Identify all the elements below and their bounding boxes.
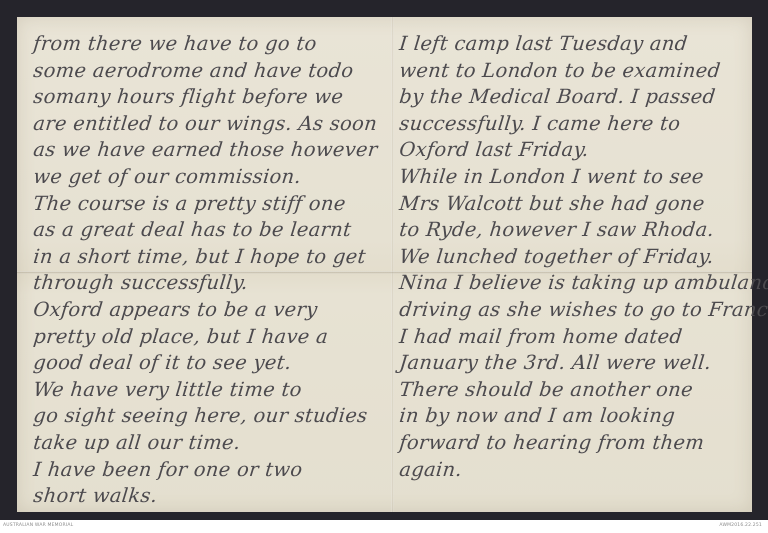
text-line: There should be another one bbox=[398, 377, 746, 404]
left-page-text: from there we have to go to some aerodro… bbox=[32, 31, 382, 510]
text-line: January the 3rd. All were well. bbox=[398, 350, 746, 377]
text-line: I had mail from home dated bbox=[398, 324, 746, 351]
text-line: are entitled to our wings. As soon bbox=[32, 111, 385, 138]
text-line: The course is a pretty stiff one bbox=[32, 191, 385, 218]
catalogue-id: AWM2016.22.251 bbox=[719, 523, 762, 528]
text-line: We have very little time to bbox=[32, 377, 385, 404]
vertical-fold-crease bbox=[391, 17, 394, 512]
text-line: While in London I went to see bbox=[398, 164, 746, 191]
text-line: successfully. I came here to bbox=[398, 111, 746, 138]
text-line: take up all our time. bbox=[32, 430, 385, 457]
text-line: short walks. bbox=[32, 483, 385, 510]
letter-paper: from there we have to go to some aerodro… bbox=[17, 17, 752, 512]
text-line: somany hours flight before we bbox=[32, 84, 385, 111]
text-line: Mrs Walcott but she had gone bbox=[398, 191, 746, 218]
text-line: in a short time, but I hope to get bbox=[32, 244, 385, 271]
text-line: again. bbox=[398, 457, 746, 484]
text-line: we get of our commission. bbox=[32, 164, 385, 191]
text-line: We lunched together of Friday. bbox=[398, 244, 746, 271]
text-line: pretty old place, but I have a bbox=[32, 324, 385, 351]
text-line: as we have earned those however bbox=[32, 137, 385, 164]
text-line: some aerodrome and have todo bbox=[32, 58, 385, 85]
text-line: driving as she wishes to go to France. bbox=[398, 297, 746, 324]
institution-credit: AUSTRALIAN WAR MEMORIAL bbox=[3, 523, 73, 528]
text-line: in by now and I am looking bbox=[398, 403, 746, 430]
dark-mount-background: from there we have to go to some aerodro… bbox=[0, 0, 768, 520]
text-line: to Ryde, however I saw Rhoda. bbox=[398, 217, 746, 244]
text-line: I have been for one or two bbox=[32, 457, 385, 484]
text-line: as a great deal has to be learnt bbox=[32, 217, 385, 244]
text-line: Oxford last Friday. bbox=[398, 137, 746, 164]
text-line: I left camp last Tuesday and bbox=[398, 31, 746, 58]
text-line: Nina I believe is taking up ambulance bbox=[398, 270, 746, 297]
text-line: went to London to be examined bbox=[398, 58, 746, 85]
text-line: good deal of it to see yet. bbox=[32, 350, 385, 377]
text-line: forward to hearing from them bbox=[398, 430, 746, 457]
text-line: go sight seeing here, our studies bbox=[32, 403, 385, 430]
right-page-text: I left camp last Tuesday and went to Lon… bbox=[398, 31, 743, 483]
text-line: through successfully. bbox=[32, 270, 385, 297]
text-line: from there we have to go to bbox=[32, 31, 385, 58]
text-line: by the Medical Board. I passed bbox=[398, 84, 746, 111]
text-line: Oxford appears to be a very bbox=[32, 297, 385, 324]
